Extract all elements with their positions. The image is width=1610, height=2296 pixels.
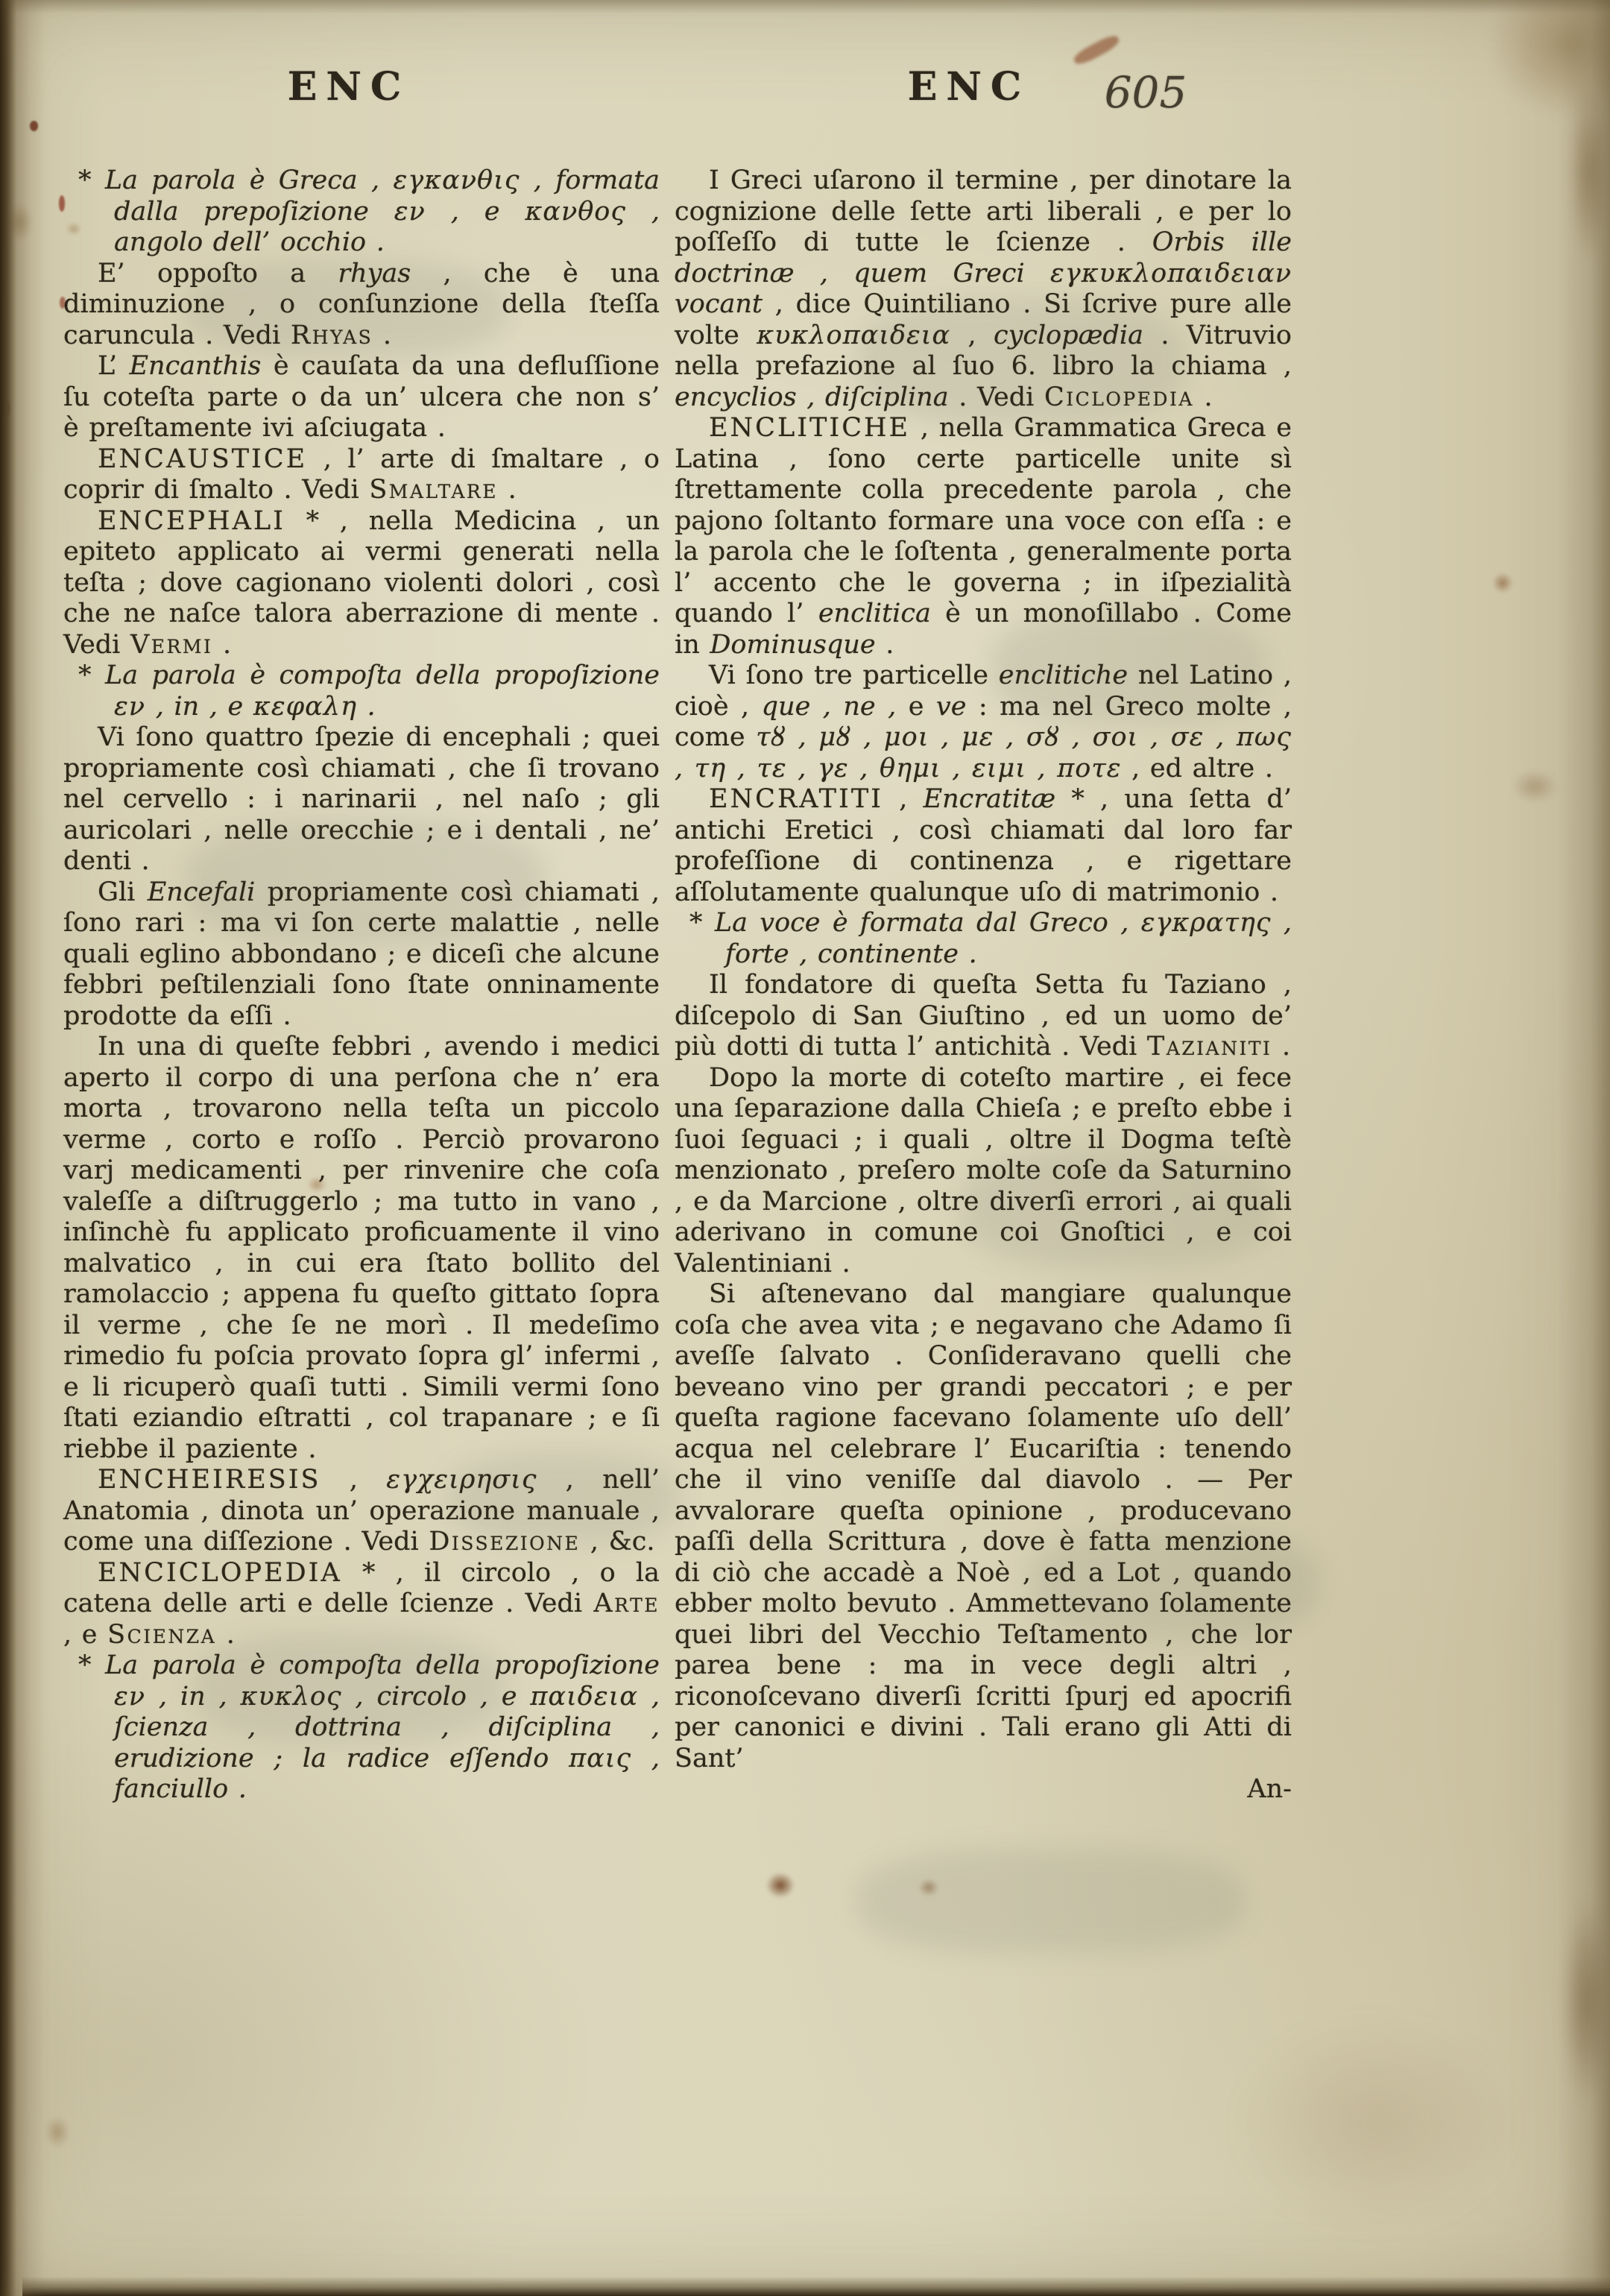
stain — [1072, 33, 1122, 68]
footnote-paragraph: * La parola è Greca , εγκανθις , formata… — [63, 165, 660, 259]
text-segment: Rhyas — [291, 321, 373, 350]
stain — [766, 1873, 795, 1898]
ink-speck — [30, 121, 38, 131]
text-segment: , — [321, 1465, 387, 1495]
stain — [918, 1879, 939, 1896]
text-segment: , circolo , e — [342, 1682, 531, 1712]
text-segment: * La parola è Greca , — [78, 165, 393, 195]
text-segment: ENCEPHALI — [98, 506, 285, 536]
text-segment: Vermi — [130, 630, 212, 660]
text-segment: ENCLITICHE — [709, 413, 910, 443]
text-segment: * La parola è compoſta della propoſizion… — [78, 660, 660, 690]
text-segment: Encratitæ — [924, 784, 1056, 814]
text-segment: Gli — [98, 877, 148, 907]
text-segment: que , ne , — [762, 692, 897, 722]
text-segment: rhyas — [338, 259, 411, 288]
paragraph: Gli Encefali propriamente così chiamati … — [63, 877, 660, 1032]
text-segment: , &c. — [580, 1527, 654, 1557]
text-segment: Tazianiti — [1147, 1032, 1272, 1062]
right-column: I Greci uſarono il termine , per dinotar… — [675, 165, 1292, 1774]
paragraph: E’ oppoſto a rhyas , che è una diminuzio… — [63, 259, 660, 352]
text-segment: κανθος — [525, 197, 626, 227]
paragraph: Dopo la morte di coteſto martire , ei fe… — [675, 1063, 1292, 1280]
text-segment: ENCRATITI — [709, 784, 883, 814]
text-segment: ve — [936, 692, 967, 722]
paragraph: ENCICLOPEDIA * , il circolo , o la caten… — [63, 1558, 660, 1651]
text-segment: ENCAUSTICE — [98, 444, 307, 474]
text-segment: . — [212, 630, 231, 660]
text-segment: εν — [114, 1682, 145, 1712]
stain — [1492, 573, 1513, 593]
text-segment: κυκλοπαιδεια — [757, 321, 950, 350]
text-segment: enclitiche — [999, 660, 1128, 690]
text-segment: Encefali — [148, 877, 256, 907]
stain — [1569, 82, 1610, 261]
stain — [1512, 769, 1558, 804]
catchword: An- — [675, 1774, 1292, 1805]
text-segment: L’ — [98, 351, 129, 381]
left-column: * La parola è Greca , εγκανθις , formata… — [63, 165, 660, 1805]
text-segment: cyclopædia — [994, 321, 1143, 350]
text-segment: παιδεια — [530, 1682, 638, 1712]
paragraph: ENCLITICHE , nella Grammatica Greca e La… — [675, 413, 1292, 660]
text-segment: , — [950, 321, 994, 350]
text-segment: κεφαλη — [253, 692, 357, 722]
running-title-left: ENC — [63, 64, 634, 110]
scanned-book-page: ENC ENC 605 * La parola è Greca , εγκανθ… — [0, 0, 1610, 2296]
text-segment: εν — [394, 197, 426, 227]
paragraph: Il fondatore di queſta Setta fu Taziano … — [675, 970, 1292, 1063]
paragraph: Vi ſono tre particelle enclitiche nel La… — [675, 660, 1292, 784]
stain — [45, 2116, 70, 2148]
binding-edge — [0, 0, 45, 2296]
text-segment: encyclios , diſciplina — [675, 382, 949, 412]
paragraph: L’ Encanthis è cauſata da una defluſſion… — [63, 351, 660, 444]
text-segment: * La voce è formata dal Greco , — [689, 908, 1141, 938]
text-segment: παις — [569, 1744, 631, 1773]
text-segment: ENCHEIRESIS — [98, 1465, 321, 1495]
paragraph: In una di queſte febbri , avendo i medic… — [63, 1032, 660, 1465]
paragraph: Si aſtenevano dal mangiare qualunque coſ… — [675, 1279, 1292, 1774]
text-segment: Dopo la morte di coteſto martire , ei fe… — [675, 1063, 1292, 1278]
text-segment: Encanthis — [129, 351, 261, 381]
text-segment: E’ oppoſto a — [98, 259, 338, 288]
paragraph: I Greci uſarono il termine , per dinotar… — [675, 165, 1292, 413]
paragraph: Vi ſono quattro ſpezie di encephali ; qu… — [63, 722, 660, 877]
text-segment: Si aſtenevano dal mangiare qualunque coſ… — [675, 1279, 1292, 1773]
text-segment: , e — [63, 1620, 107, 1650]
right-column-wrapper: I Greci uſarono il termine , per dinotar… — [675, 165, 1292, 1805]
footnote-paragraph: * La parola è compoſta della propoſizion… — [63, 1650, 660, 1805]
text-segment: Vi ſono quattro ſpezie di encephali ; qu… — [63, 722, 660, 876]
text-segment: εγκανθις — [393, 165, 520, 195]
text-segment: , in , e — [145, 692, 253, 722]
paragraph: ENCRATITI , Encratitæ * , una ſetta d’ a… — [675, 784, 1292, 908]
text-segment: Dissezione — [429, 1527, 580, 1557]
text-segment: . — [1194, 382, 1213, 412]
stain — [6, 203, 33, 242]
text-segment: κυκλος — [241, 1682, 342, 1712]
text-segment: , nella Grammatica Greca e Latina , ſono… — [675, 413, 1292, 628]
text-segment: Dominusque — [710, 630, 875, 660]
text-segment: . — [1272, 1032, 1290, 1062]
text-segment: εγχειρησις — [386, 1465, 537, 1495]
paragraph: ENCHEIRESIS , εγχειρησις , nell’ Anatomi… — [63, 1465, 660, 1558]
stain — [1562, 1897, 1610, 2106]
showthrough-smudge — [857, 1849, 1245, 1953]
text-segment: * La parola è compoſta della propoſizion… — [78, 1650, 660, 1680]
page-edge-top — [0, 0, 1610, 13]
stain — [1487, 0, 1610, 119]
text-segment: εν — [114, 692, 145, 722]
text-segment: , e — [426, 197, 525, 227]
paragraph: ENCAUSTICE , l’ arte di ſmaltare , o cop… — [63, 444, 660, 506]
text-segment: Smaltare — [369, 475, 498, 505]
paragraph: ENCEPHALI * , nella Medicina , un epitet… — [63, 506, 660, 661]
text-segment: εγκυκλοπαιδειαν — [1050, 259, 1292, 288]
text-segment: , in , — [145, 1682, 240, 1712]
text-segment: e — [896, 692, 936, 722]
text-segment: εγκρατης — [1141, 908, 1272, 938]
text-segment: , ed altre . — [1122, 754, 1273, 783]
text-segment: . — [357, 692, 376, 722]
text-segment: Ciclopedia — [1044, 382, 1194, 412]
text-segment: In una di queſte febbri , avendo i medic… — [63, 1032, 660, 1464]
text-segment: Scienza — [107, 1620, 216, 1650]
text-segment: Vi ſono tre particelle — [709, 660, 999, 690]
text-segment: . — [373, 321, 391, 350]
text-segment: , — [883, 784, 924, 814]
text-segment: . — [216, 1620, 235, 1650]
text-segment: vocant — [675, 289, 763, 319]
ink-speck — [3, 400, 10, 419]
footnote-paragraph: * La voce è formata dal Greco , εγκρατης… — [675, 908, 1292, 970]
page-edge-bottom — [22, 2277, 1610, 2296]
page-number: 605 — [1082, 67, 1209, 118]
text-segment: enclitica — [818, 599, 931, 628]
stain — [1230, 2013, 1521, 2236]
text-segment: . — [876, 630, 894, 660]
text-segment: ENCICLOPEDIA — [98, 1558, 342, 1588]
text-segment: . Vedi — [949, 382, 1044, 412]
footnote-paragraph: * La parola è compoſta della propoſizion… — [63, 660, 660, 722]
text-segment: Arte — [593, 1589, 660, 1618]
text-segment: . — [498, 475, 517, 505]
page-edge-right — [1558, 0, 1610, 2296]
